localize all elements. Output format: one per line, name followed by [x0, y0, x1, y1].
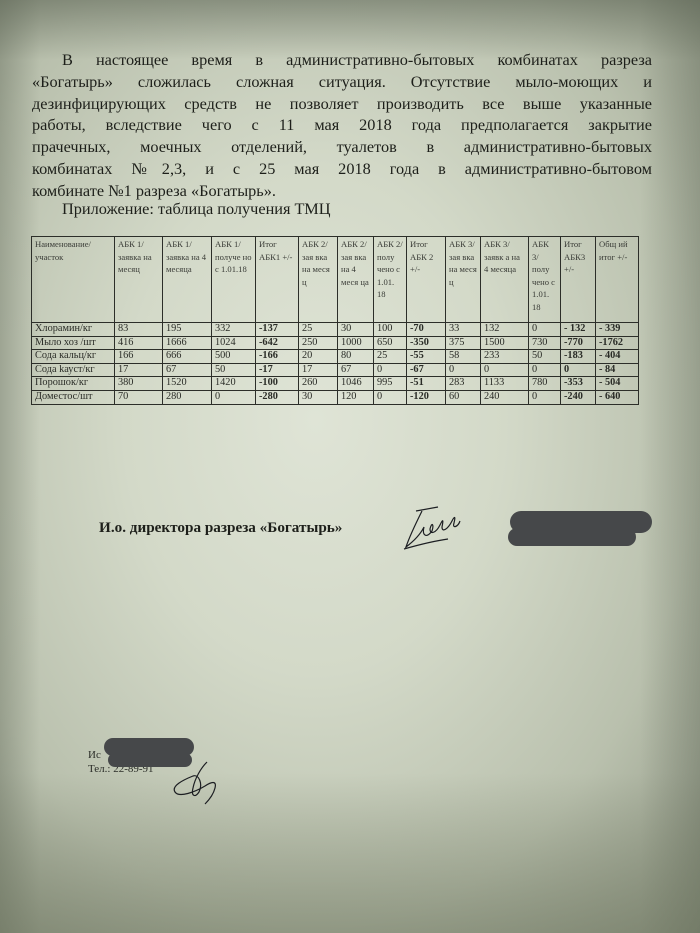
column-header: Общ ий итог +/-	[596, 237, 639, 323]
supplies-table: Наименование/ участокАБК 1/заявка на мес…	[31, 236, 639, 405]
value-cell: 250	[299, 336, 338, 350]
value-cell: 0	[446, 363, 481, 377]
item-name-cell: Хлорамин/кг	[32, 323, 115, 337]
value-cell: 100	[374, 323, 407, 337]
value-cell: 58	[446, 350, 481, 364]
value-cell: 17	[299, 363, 338, 377]
table-row: Мыло хоз /шт41616661024-6422501000650-35…	[32, 336, 639, 350]
value-cell: -67	[407, 363, 446, 377]
value-cell: 0	[529, 323, 561, 337]
value-cell: 1666	[163, 336, 212, 350]
value-cell: 0	[374, 363, 407, 377]
column-header: Итог АБК 2 +/-	[407, 237, 446, 323]
value-cell: -280	[256, 390, 299, 404]
column-header: АБК 2/ полу чено с 1.01. 18	[374, 237, 407, 323]
value-cell: 25	[374, 350, 407, 364]
value-cell: 1046	[338, 377, 374, 391]
value-cell: 283	[446, 377, 481, 391]
value-cell: 30	[338, 323, 374, 337]
value-cell: 375	[446, 336, 481, 350]
value-cell: -240	[561, 390, 596, 404]
value-cell: -17	[256, 363, 299, 377]
item-name-cell: Порошок/кг	[32, 377, 115, 391]
value-cell: - 640	[596, 390, 639, 404]
paragraph-line: «Богатырь» сложилась сложная ситуация. О…	[32, 71, 652, 93]
value-cell: - 504	[596, 377, 639, 391]
value-cell: -166	[256, 350, 299, 364]
value-cell: 50	[529, 350, 561, 364]
table-header-row: Наименование/ участокАБК 1/заявка на мес…	[32, 237, 639, 323]
value-cell: 780	[529, 377, 561, 391]
redacted-name	[508, 528, 636, 546]
value-cell: 0	[529, 363, 561, 377]
value-cell: 1000	[338, 336, 374, 350]
value-cell: 0	[561, 363, 596, 377]
value-cell: 233	[481, 350, 529, 364]
value-cell: 80	[338, 350, 374, 364]
value-cell: - 339	[596, 323, 639, 337]
value-cell: -100	[256, 377, 299, 391]
value-cell: 730	[529, 336, 561, 350]
executor-signature-icon	[165, 758, 229, 806]
table-row: Сода kауст/кг176750-1717670-670000- 84	[32, 363, 639, 377]
value-cell: -770	[561, 336, 596, 350]
column-header: АБК 1/ получе но с 1.01.18	[212, 237, 256, 323]
value-cell: 1500	[481, 336, 529, 350]
item-name-cell: Сода кальц/кг	[32, 350, 115, 364]
value-cell: 380	[115, 377, 163, 391]
value-cell: - 132	[561, 323, 596, 337]
column-header: АБК 2/зая вка на 4 меся ца	[338, 237, 374, 323]
value-cell: -353	[561, 377, 596, 391]
appendix-caption: Приложение: таблица получения ТМЦ	[62, 199, 331, 219]
value-cell: 30	[299, 390, 338, 404]
value-cell: 0	[212, 390, 256, 404]
value-cell: -1762	[596, 336, 639, 350]
value-cell: 1024	[212, 336, 256, 350]
signer-title: И.о. директора разреза «Богатырь»	[99, 519, 342, 537]
value-cell: 70	[115, 390, 163, 404]
column-header: АБК 3/заявк а на 4 месяца	[481, 237, 529, 323]
value-cell: -51	[407, 377, 446, 391]
value-cell: 33	[446, 323, 481, 337]
value-cell: 332	[212, 323, 256, 337]
value-cell: 120	[338, 390, 374, 404]
body-paragraph: В настоящее время в административно-быто…	[32, 49, 652, 202]
paragraph-line: В настоящее время в административно-быто…	[32, 49, 652, 71]
paragraph-line: прачечных, моечных отделений, туалетов в…	[32, 136, 652, 158]
value-cell: 67	[338, 363, 374, 377]
column-header: АБК 2/зая вка на меся ц	[299, 237, 338, 323]
value-cell: - 404	[596, 350, 639, 364]
value-cell: -70	[407, 323, 446, 337]
value-cell: 260	[299, 377, 338, 391]
column-header: АБК 1/заявка на 4 месяца	[163, 237, 212, 323]
table-row: Хлорамин/кг83195332-1372530100-70331320-…	[32, 323, 639, 337]
column-header: Итог АБК1 +/-	[256, 237, 299, 323]
value-cell: 166	[115, 350, 163, 364]
table-row: Порошок/кг38015201420-1002601046995-5128…	[32, 377, 639, 391]
value-cell: 50	[212, 363, 256, 377]
value-cell: 132	[481, 323, 529, 337]
item-name-cell: Мыло хоз /шт	[32, 336, 115, 350]
value-cell: 995	[374, 377, 407, 391]
value-cell: 416	[115, 336, 163, 350]
value-cell: 25	[299, 323, 338, 337]
value-cell: 83	[115, 323, 163, 337]
value-cell: 20	[299, 350, 338, 364]
column-header: Итог АБК3 +/-	[561, 237, 596, 323]
value-cell: 500	[212, 350, 256, 364]
table-body: Хлорамин/кг83195332-1372530100-70331320-…	[32, 323, 639, 405]
value-cell: 0	[374, 390, 407, 404]
paragraph-line: работы, вследствие чего с 11 мая 2018 го…	[32, 114, 652, 136]
paragraph-line: дезинфицирующих средств не позволяет про…	[32, 93, 652, 115]
item-name-cell: Доместос/шт	[32, 390, 115, 404]
value-cell: -183	[561, 350, 596, 364]
value-cell: 1133	[481, 377, 529, 391]
value-cell: - 84	[596, 363, 639, 377]
column-header: Наименование/ участок	[32, 237, 115, 323]
value-cell: 17	[115, 363, 163, 377]
item-name-cell: Сода kауст/кг	[32, 363, 115, 377]
value-cell: -120	[407, 390, 446, 404]
value-cell: 666	[163, 350, 212, 364]
table-row: Доместос/шт702800-280301200-120602400-24…	[32, 390, 639, 404]
value-cell: 1420	[212, 377, 256, 391]
value-cell: 195	[163, 323, 212, 337]
director-signature-icon	[398, 505, 470, 551]
paragraph-line: комбинатах №2,3, и с 25 мая 2018 года в …	[32, 158, 652, 180]
value-cell: 67	[163, 363, 212, 377]
value-cell: 240	[481, 390, 529, 404]
column-header: АБК 1/заявка на месяц	[115, 237, 163, 323]
value-cell: 0	[529, 390, 561, 404]
table-row: Сода кальц/кг166666500-166208025-5558233…	[32, 350, 639, 364]
value-cell: -55	[407, 350, 446, 364]
value-cell: -350	[407, 336, 446, 350]
column-header: АБК 3/ полу чено с 1.01. 18	[529, 237, 561, 323]
value-cell: 0	[481, 363, 529, 377]
value-cell: -137	[256, 323, 299, 337]
value-cell: 60	[446, 390, 481, 404]
value-cell: -642	[256, 336, 299, 350]
column-header: АБК 3/зая вка на меся ц	[446, 237, 481, 323]
value-cell: 280	[163, 390, 212, 404]
value-cell: 1520	[163, 377, 212, 391]
photo-shadow-bottom	[0, 773, 700, 933]
value-cell: 650	[374, 336, 407, 350]
